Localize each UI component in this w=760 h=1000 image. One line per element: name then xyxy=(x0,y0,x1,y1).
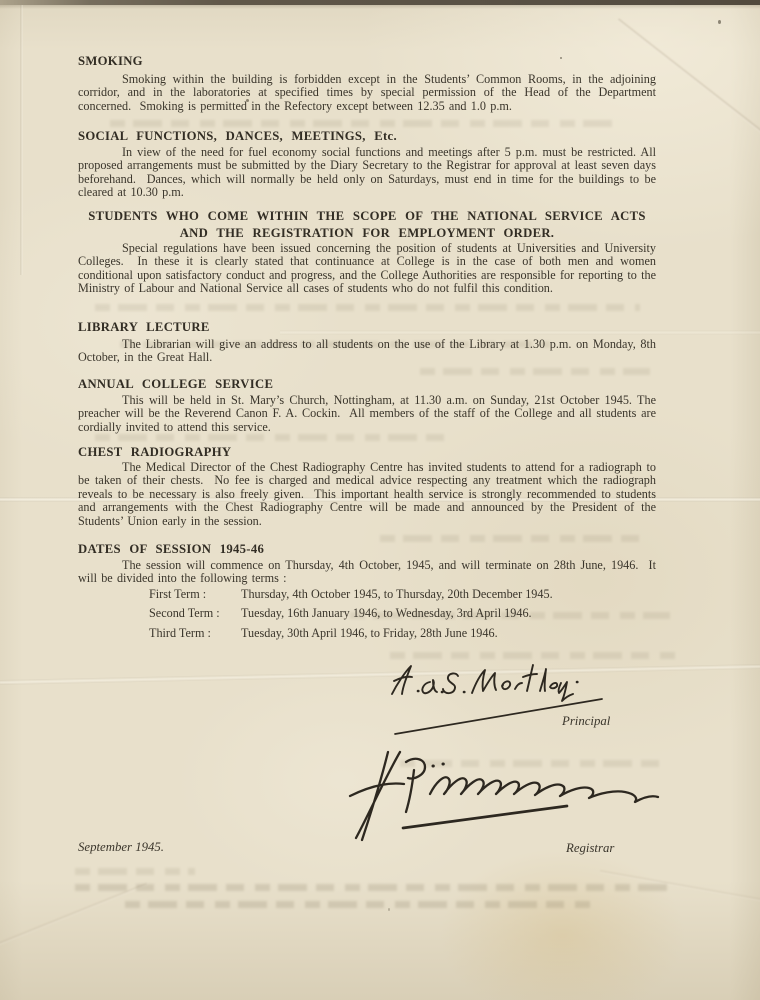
signature-title-registrar: Registrar xyxy=(566,841,614,856)
bleedthrough-line xyxy=(420,368,650,375)
paper-crease-bottom-left xyxy=(0,883,147,953)
heading-line-1: STUDENTS WHO COME WITHIN THE SCOPE OF TH… xyxy=(78,208,656,225)
heading-line-2: AND THE REGISTRATION FOR EMPLOYMENT ORDE… xyxy=(78,225,656,242)
term-dates: Thursday, 4th October 1945, to Thursday,… xyxy=(241,587,553,601)
section-body-chest-radiography: The Medical Director of the Chest Radiog… xyxy=(78,461,656,528)
section-heading-chest-radiography: CHEST RADIOGRAPHY xyxy=(78,445,656,460)
term-dates: Tuesday, 30th April 1946, to Friday, 28t… xyxy=(241,626,498,640)
bleedthrough-line xyxy=(75,868,195,875)
section-body-annual-college-service: This will be held in St. Mary’s Church, … xyxy=(78,394,656,434)
paper-speck xyxy=(388,908,390,911)
paper-speck xyxy=(718,20,721,24)
signature-registrar-underline xyxy=(399,800,571,832)
bleedthrough-line xyxy=(390,652,680,659)
term-row-third: Third Term :Tuesday, 30th April 1946, to… xyxy=(149,624,656,643)
section-body-national-service: Special regulations have been issued con… xyxy=(78,242,656,296)
bleedthrough-line xyxy=(95,304,640,311)
bleedthrough-line xyxy=(75,884,675,891)
section-body-smoking: Smoking within the building is forbidden… xyxy=(78,73,656,113)
scan-top-edge-shadow xyxy=(0,5,760,9)
paper-crease-left xyxy=(20,5,23,275)
term-label: Third Term : xyxy=(149,624,241,643)
term-dates-list: First Term :Thursday, 4th October 1945, … xyxy=(78,585,656,643)
section-body-dates-of-session: The session will commence on Thursday, 4… xyxy=(78,559,656,586)
section-heading-dates-of-session: DATES OF SESSION 1945-46 xyxy=(78,542,656,557)
section-body-social-functions: In view of the need for fuel economy soc… xyxy=(78,146,656,200)
scanned-document-page: SMOKING Smoking within the building is f… xyxy=(0,0,760,1000)
paper-crease-bottom-right xyxy=(600,870,760,908)
bleedthrough-line xyxy=(380,535,650,542)
term-label: Second Term : xyxy=(149,604,241,623)
signature-title-principal: Principal xyxy=(562,714,610,729)
paper-fold-lower xyxy=(0,664,760,685)
bleedthrough-line xyxy=(95,434,445,441)
section-heading-national-service: STUDENTS WHO COME WITHIN THE SCOPE OF TH… xyxy=(78,208,656,241)
section-heading-smoking: SMOKING xyxy=(78,54,656,69)
section-heading-social-functions: SOCIAL FUNCTIONS, DANCES, MEETINGS, Etc. xyxy=(78,129,656,144)
bleedthrough-line xyxy=(125,901,595,908)
bleedthrough-line xyxy=(110,120,620,127)
term-label: First Term : xyxy=(149,585,241,604)
section-body-library-lecture: The Librarian will give an address to al… xyxy=(78,338,656,365)
section-heading-annual-college-service: ANNUAL COLLEGE SERVICE xyxy=(78,377,656,392)
term-row-first: First Term :Thursday, 4th October 1945, … xyxy=(149,585,656,604)
document-date: September 1945. xyxy=(78,840,164,855)
term-dates: Tuesday, 16th January 1946, to Wednesday… xyxy=(241,606,532,620)
term-row-second: Second Term :Tuesday, 16th January 1946,… xyxy=(149,604,656,623)
section-heading-library-lecture: LIBRARY LECTURE xyxy=(78,320,656,335)
